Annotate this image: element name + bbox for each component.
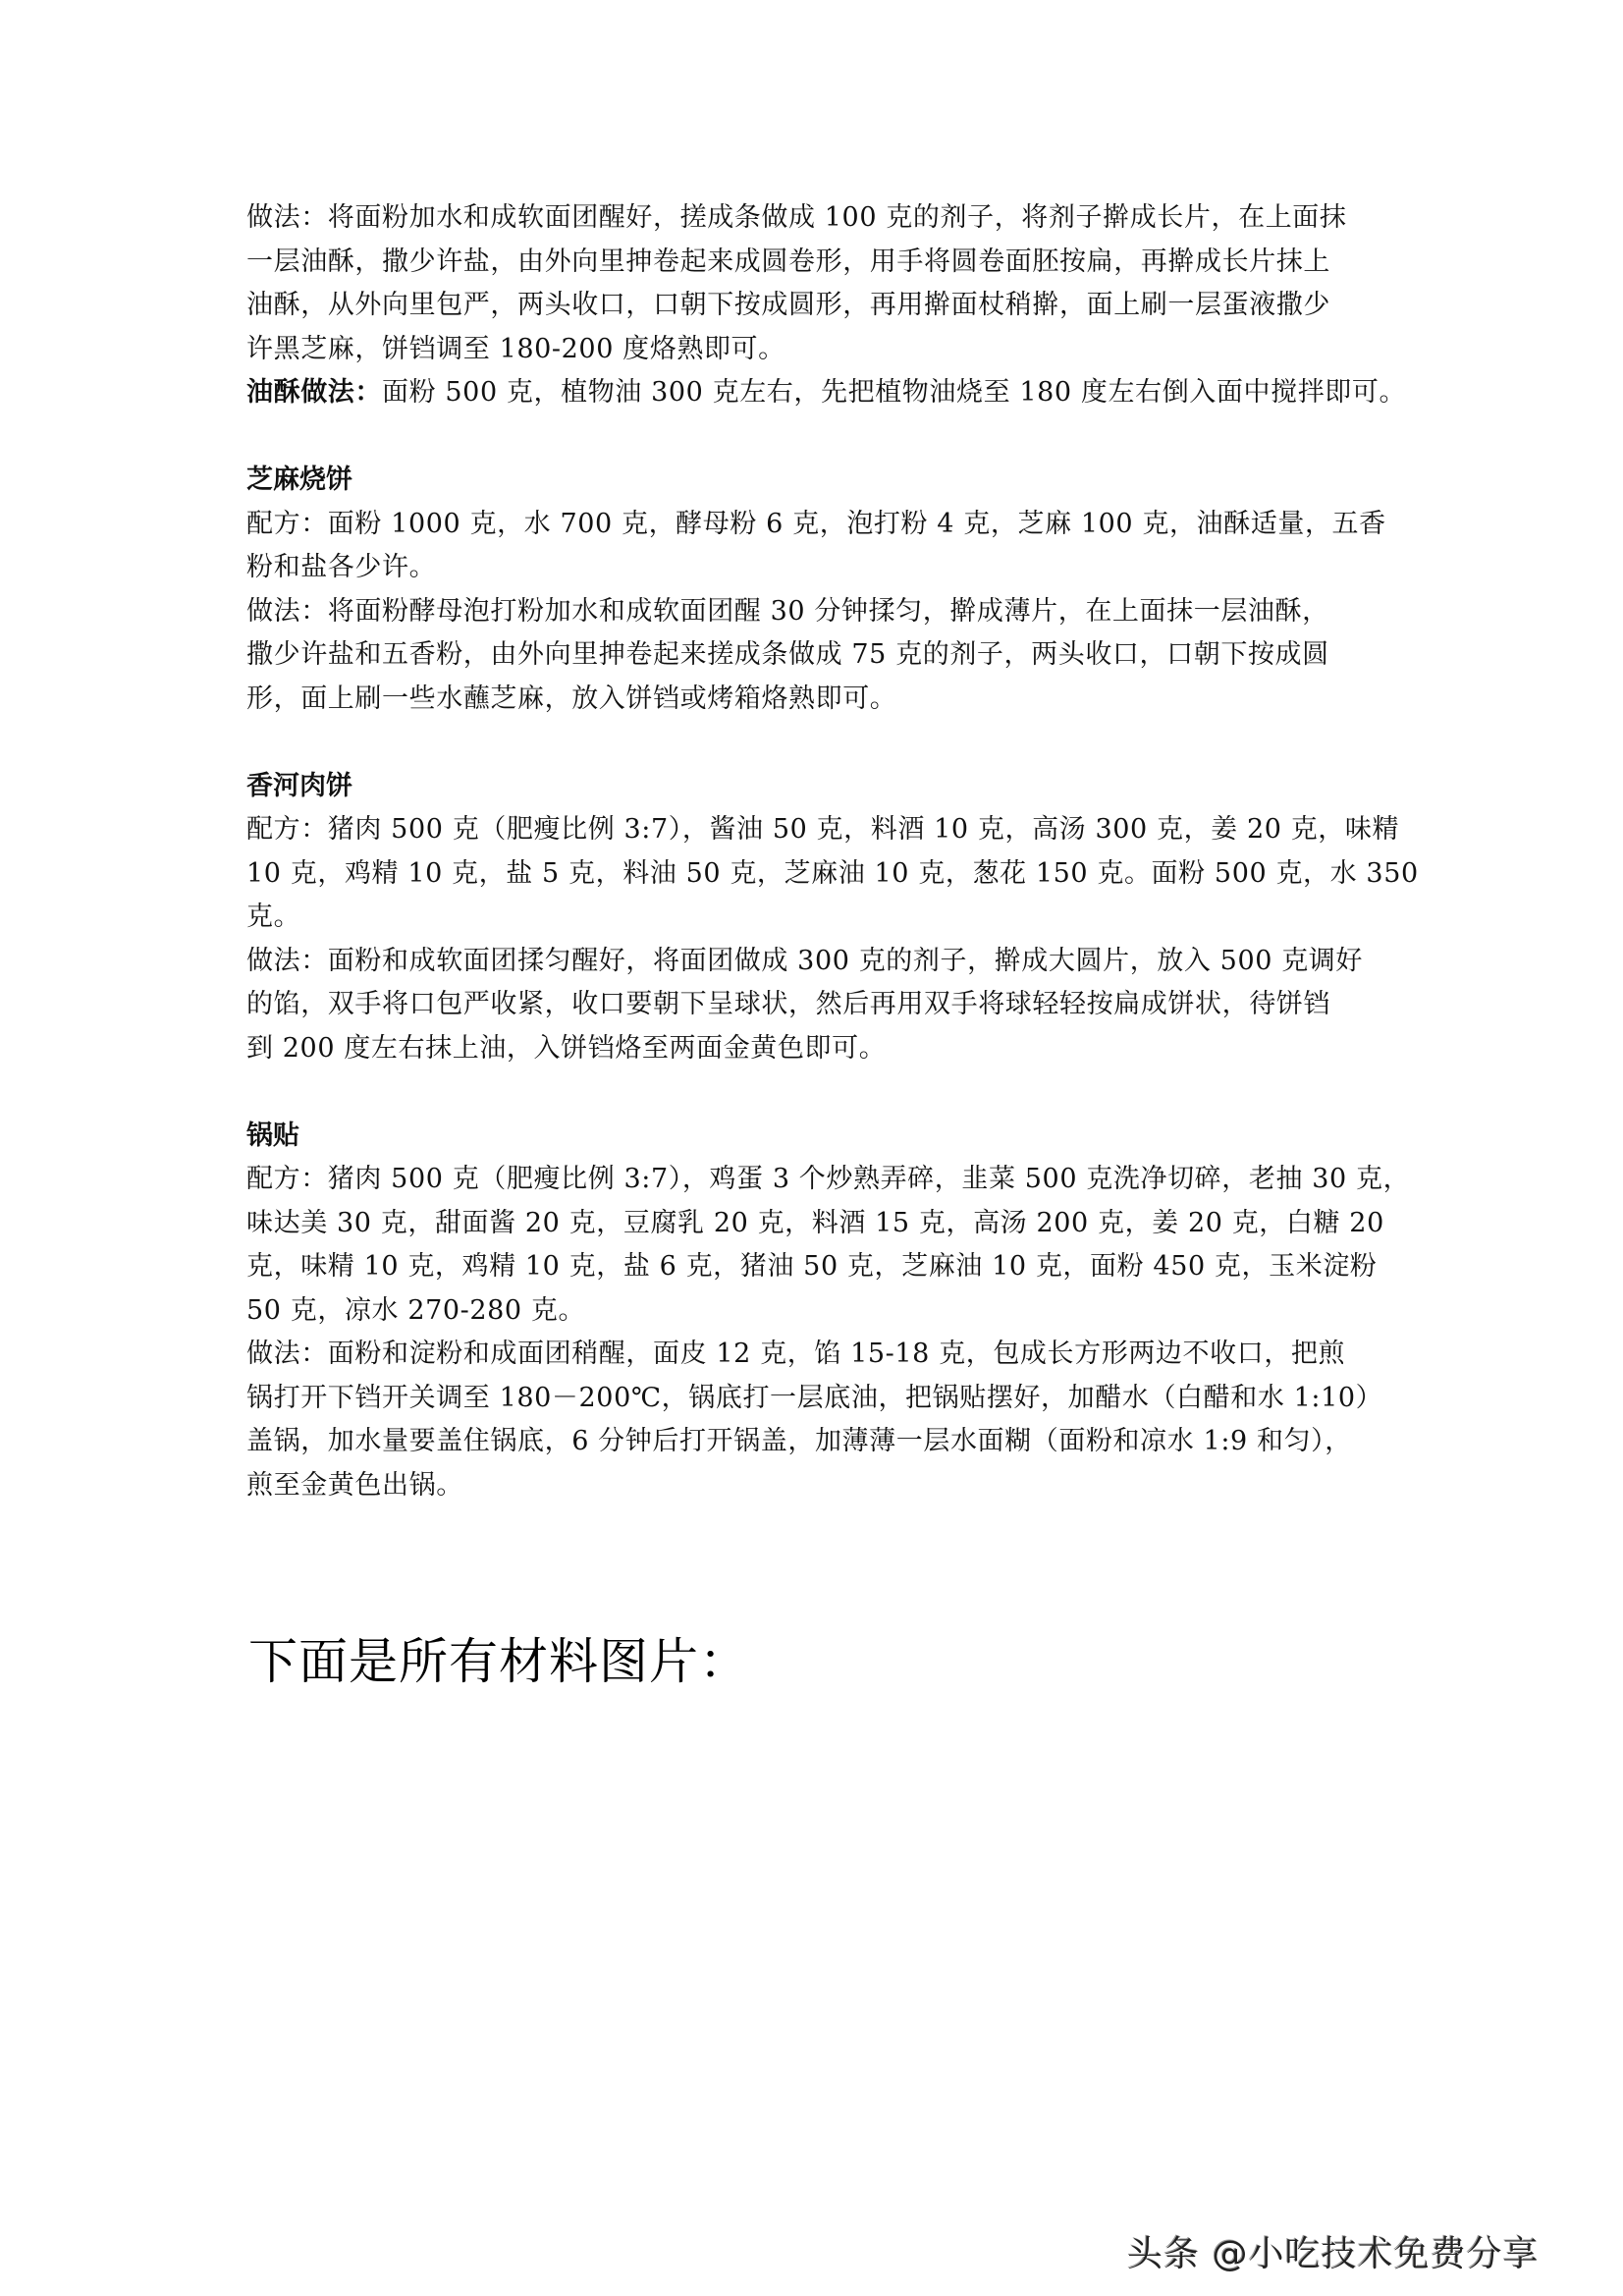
document-body: 做法：将面粉加水和成软面团醒好，搓成条做成 100 克的剂子，将剂子擀成长片，在… (246, 196, 1395, 1507)
document-page: 做法：将面粉加水和成软面团醒好，搓成条做成 100 克的剂子，将剂子擀成长片，在… (0, 0, 1623, 2296)
spacer (246, 1070, 1395, 1115)
spacer (246, 721, 1395, 765)
recipe-line: 的馅，双手将口包严收紧，收口要朝下呈球状，然后再用双手将球轻轻按扁成饼状，待饼铛 (246, 983, 1395, 1027)
oil-pastry-line: 油酥做法：面粉 500 克，植物油 300 克左右，先把植物油烧至 180 度左… (246, 371, 1395, 415)
recipe-line: 撒少许盐和五香粉，由外向里抻卷起来搓成条做成 75 克的剂子，两头收口，口朝下按… (246, 633, 1395, 678)
recipe-line: 配方：猪肉 500 克（肥瘦比例 3:7），鸡蛋 3 个炒熟弄碎，韭菜 500 … (246, 1158, 1395, 1202)
recipe-line: 锅打开下铛开关调至 180－200℃，锅底打一层底油，把锅贴摆好，加醋水（白醋和… (246, 1377, 1395, 1421)
recipe-line: 做法：面粉和成软面团揉匀醒好，将面团做成 300 克的剂子，擀成大圆片，放入 5… (246, 940, 1395, 984)
materials-heading: 下面是所有材料图片： (248, 1630, 749, 1693)
method-line: 做法：将面粉加水和成软面团醒好，搓成条做成 100 克的剂子，将剂子擀成长片，在… (246, 196, 1395, 241)
recipe-line: 味达美 30 克，甜面酱 20 克，豆腐乳 20 克，料酒 15 克，高汤 20… (246, 1202, 1395, 1246)
method-line: 油酥，从外向里包严，两头收口，口朝下按成圆形，再用擀面杖稍擀，面上刷一层蛋液撒少 (246, 284, 1395, 328)
method-line: 一层油酥，撒少许盐，由外向里抻卷起来成圆卷形，用手将圆卷面胚按扁，再擀成长片抹上 (246, 241, 1395, 285)
oil-pastry-label: 油酥做法： (246, 377, 382, 408)
recipe-line: 50 克，凉水 270-280 克。 (246, 1289, 1395, 1334)
recipe-line: 做法：面粉和淀粉和成面团稍醒，面皮 12 克，馅 15-18 克，包成长方形两边… (246, 1333, 1395, 1377)
recipe-xianghe-meat-pie: 香河肉饼 配方：猪肉 500 克（肥瘦比例 3:7），酱油 50 克，料酒 10… (246, 765, 1395, 1071)
watermark: 头条 @小吃技术免费分享 (1127, 2231, 1539, 2278)
recipe-potstickers: 锅贴 配方：猪肉 500 克（肥瘦比例 3:7），鸡蛋 3 个炒熟弄碎，韭菜 5… (246, 1115, 1395, 1508)
recipe-line: 配方：面粉 1000 克，水 700 克，酵母粉 6 克，泡打粉 4 克，芝麻 … (246, 503, 1395, 547)
recipe-line: 克。 (246, 896, 1395, 940)
spacer (246, 415, 1395, 460)
intro-method-section: 做法：将面粉加水和成软面团醒好，搓成条做成 100 克的剂子，将剂子擀成长片，在… (246, 196, 1395, 415)
recipe-line: 形，面上刷一些水蘸芝麻，放入饼铛或烤箱烙熟即可。 (246, 678, 1395, 722)
recipe-line: 克，味精 10 克，鸡精 10 克，盐 6 克，猪油 50 克，芝麻油 10 克… (246, 1245, 1395, 1289)
recipe-line: 配方：猪肉 500 克（肥瘦比例 3:7），酱油 50 克，料酒 10 克，高汤… (246, 808, 1395, 852)
method-line: 许黑芝麻，饼铛调至 180-200 度烙熟即可。 (246, 328, 1395, 372)
recipe-line: 粉和盐各少许。 (246, 546, 1395, 590)
recipe-title: 香河肉饼 (246, 765, 1395, 809)
recipe-line: 做法：将面粉酵母泡打粉加水和成软面团醒 30 分钟揉匀，擀成薄片，在上面抹一层油… (246, 590, 1395, 634)
recipe-line: 10 克，鸡精 10 克，盐 5 克，料油 50 克，芝麻油 10 克，葱花 1… (246, 852, 1395, 897)
recipe-sesame-shaobing: 芝麻烧饼 配方：面粉 1000 克，水 700 克，酵母粉 6 克，泡打粉 4 … (246, 459, 1395, 721)
recipe-line: 煎至金黄色出锅。 (246, 1464, 1395, 1508)
recipe-line: 盖锅，加水量要盖住锅底，6 分钟后打开锅盖，加薄薄一层水面糊（面粉和凉水 1:9… (246, 1420, 1395, 1464)
recipe-line: 到 200 度左右抹上油，入饼铛烙至两面金黄色即可。 (246, 1027, 1395, 1071)
oil-pastry-text: 面粉 500 克，植物油 300 克左右，先把植物油烧至 180 度左右倒入面中… (382, 377, 1406, 408)
recipe-title: 芝麻烧饼 (246, 459, 1395, 503)
recipe-title: 锅贴 (246, 1115, 1395, 1159)
